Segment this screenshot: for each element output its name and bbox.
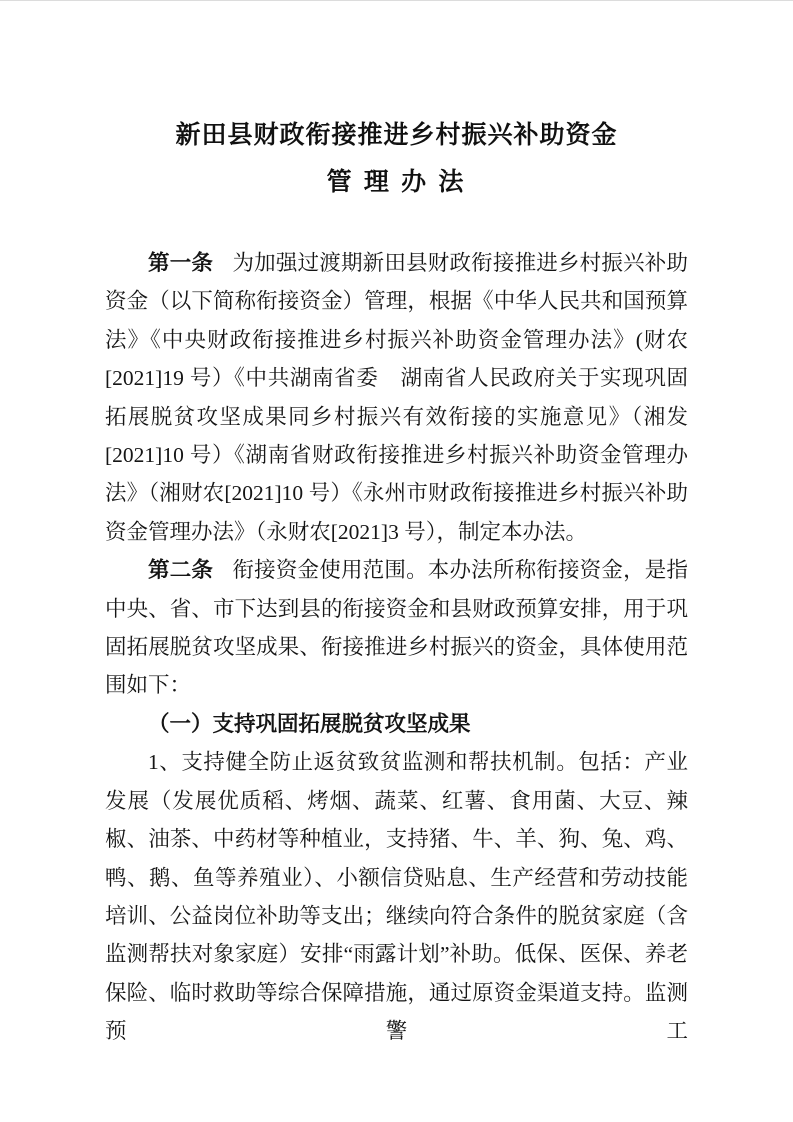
paragraph-article-2: 第二条衔接资金使用范围。本办法所称衔接资金，是指中央、省、市下达到县的衔接资金和…: [105, 551, 688, 705]
item-1-text: 1、支持健全防止返贫致贫监测和帮扶机制。包括：产业发展（发展优质稻、烤烟、蔬菜、…: [105, 750, 688, 1043]
page-number: 3: [0, 1017, 793, 1039]
document-body: 第一条为加强过渡期新田县财政衔接推进乡村振兴补助资金（以下简称衔接资金）管理，根…: [105, 244, 688, 1051]
article-2-number: 第二条: [148, 558, 213, 582]
document-title-line-2: 管 理 办 法: [105, 159, 688, 206]
paragraph-section-heading: （一）支持巩固拓展脱贫攻坚成果: [105, 705, 688, 743]
paragraph-item-1: 1、支持健全防止返贫致贫监测和帮扶机制。包括：产业发展（发展优质稻、烤烟、蔬菜、…: [105, 743, 688, 1050]
article-1-number: 第一条: [148, 251, 213, 275]
article-1-text: 为加强过渡期新田县财政衔接推进乡村振兴补助资金（以下简称衔接资金）管理，根据《中…: [105, 251, 688, 544]
section-heading-text: （一）支持巩固拓展脱贫攻坚成果: [148, 712, 471, 736]
document-title-line-1: 新田县财政衔接推进乡村振兴补助资金: [105, 112, 688, 159]
paragraph-article-1: 第一条为加强过渡期新田县财政衔接推进乡村振兴补助资金（以下简称衔接资金）管理，根…: [105, 244, 688, 551]
document-page: 新田县财政衔接推进乡村振兴补助资金 管 理 办 法 第一条为加强过渡期新田县财政…: [0, 0, 793, 1122]
